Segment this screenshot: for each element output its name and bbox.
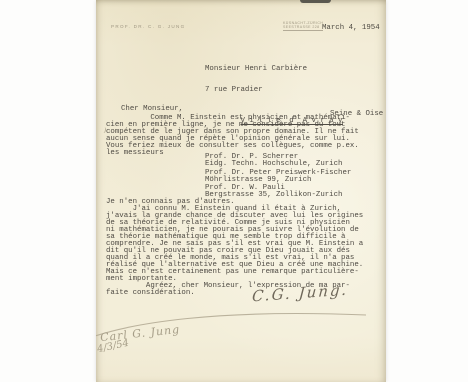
professor-address: Eidg. Techn. Hochschule, Zurich	[205, 161, 351, 168]
body-paragraph-2: Je n'en connais pas d'autres. J'ai connu…	[106, 199, 384, 283]
professor-entry: Prof. Dr. W. Pauli Bergstrasse 35, Zolli…	[205, 185, 351, 199]
professor-entry: Prof. Dr. Peter Preiswerk-Fischer Möhrli…	[205, 170, 351, 184]
recipient-street: 7 rue Pradier	[205, 87, 385, 94]
body-paragraph-1: Comme M. Einstein est physicien et mathé…	[106, 115, 384, 157]
scan-edge-artifact	[300, 0, 331, 3]
letterhead-address: Küsnacht-Zürich Seestrasse 228	[283, 21, 323, 31]
salutation: Cher Monsieur,	[121, 106, 183, 113]
professor-address: Möhrlistrasse 99, Zurich	[205, 177, 351, 184]
letter-date: March 4, 1954	[322, 25, 380, 32]
professor-list: Prof. Dr. P. Scherrer Eidg. Techn. Hochs…	[205, 154, 351, 201]
professor-entry: Prof. Dr. P. Scherrer Eidg. Techn. Hochs…	[205, 154, 351, 168]
letterhead-street: Seestrasse 228	[283, 25, 323, 31]
recipient-name: Monsieur Henri Carbière	[205, 66, 385, 73]
letter-scan: Prof. Dr. C. G. Jung Küsnacht-Zürich See…	[0, 0, 468, 382]
letter-paper: Prof. Dr. C. G. Jung Küsnacht-Zürich See…	[96, 0, 386, 382]
letterhead-sender: Prof. Dr. C. G. Jung	[111, 24, 186, 29]
